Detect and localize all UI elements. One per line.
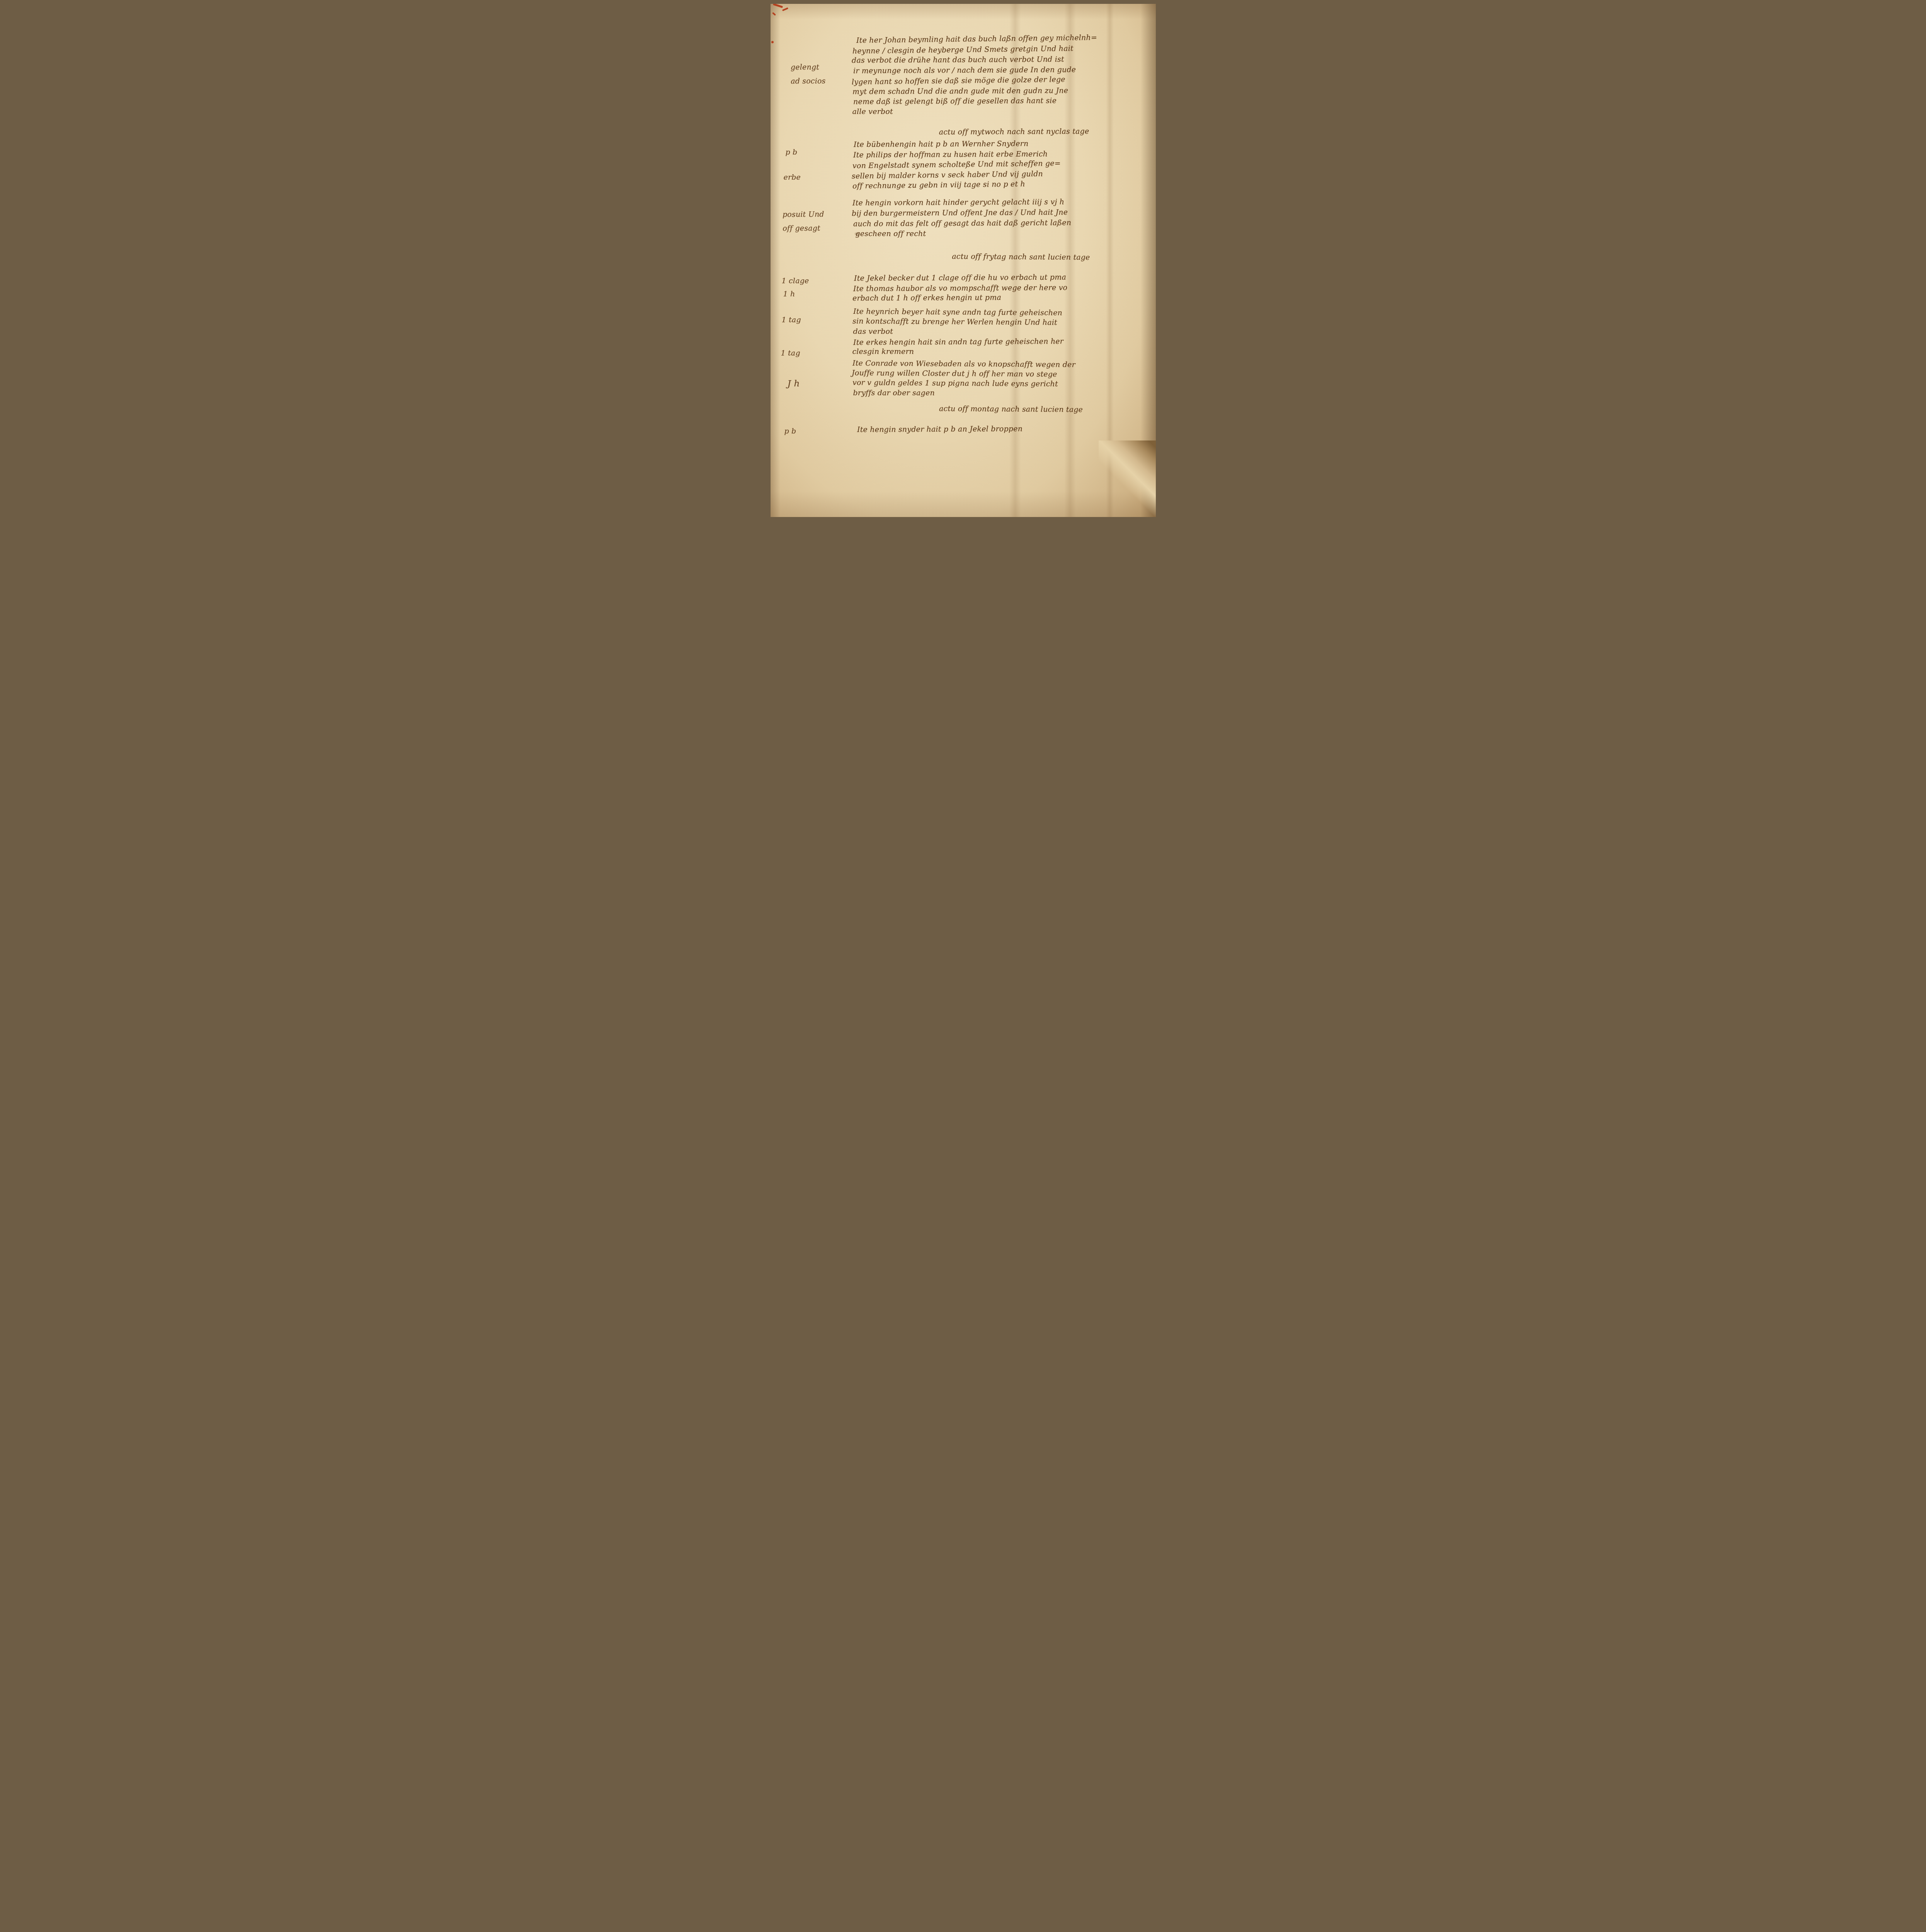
manuscript-line: neme daß ist gelengt biß off die geselle… [853, 97, 1056, 106]
section-heading-actum-mytwoch: actu off mytwoch nach sant nyclas tage [913, 128, 1114, 136]
manuscript-line: vor v guldn geldes 1 sup pigna nach lude… [852, 379, 1058, 388]
manuscript-line: Ite bübenhengin hait p b an Wernher Snyd… [853, 140, 1028, 148]
manuscript-line: bryffs dar ober sagen [853, 389, 935, 397]
manuscript-line: Ite hengin snyder hait p b an Jekel brop… [857, 425, 1022, 434]
manuscript-line: Ite heynrich beyer hait syne andn tag fu… [853, 308, 1062, 317]
manuscript-line: off rechnunge zu gebn in viij tage si no… [852, 180, 1025, 190]
margin-note-posuit-und-off-gesagt: posuit Und off gesagt [782, 207, 824, 236]
red-ink-mark [772, 12, 776, 15]
manuscript-line: heynne / clesgin de heyberge Und Smets g… [852, 45, 1073, 55]
manuscript-line: von Engelstadt synem scholteße Und mit s… [852, 160, 1060, 170]
margin-note-j-h: J h [788, 376, 800, 393]
margin-note-erbe: erbe [784, 170, 801, 184]
manuscript-line: auch do mit das felt off gesagt das hait… [853, 219, 1071, 228]
margin-note-1-tag: 1 tag [782, 313, 801, 327]
manuscript-line: Ite her Johan beymling hait das buch laß… [856, 34, 1097, 44]
manuscript-line: das verbot die drühe hant das buch auch … [851, 56, 1064, 65]
manuscript-line: bij den burgermeistern Und offent Jne da… [851, 209, 1067, 218]
red-ink-dot [771, 41, 774, 43]
stage: gelengt ad socios p b erbe posuit Und of… [0, 0, 1926, 521]
manuscript-line: Ite hengin vorkorn hait hinder gerycht g… [852, 199, 1064, 207]
manuscript-line: ir meynunge noch als vor / nach dem sie … [853, 66, 1075, 75]
manuscript-line: myt dem schadn Und die andn gude mit den… [852, 87, 1068, 96]
manuscript-line: das verbot [853, 328, 893, 335]
manuscript-line: Ite philips der hoffman zu husen hait er… [853, 151, 1047, 159]
manuscript-line: sellen bij malder korns v seck haber Und… [851, 170, 1043, 180]
margin-note-1-h: 1 h [783, 287, 795, 301]
section-heading-actum-frytag: actu off frytag nach sant lucien tage [916, 253, 1125, 262]
manuscript-line: erbach dut 1 h off erkes hengin ut pma [852, 294, 1001, 302]
section-heading-actum-montag: actu off montag nach sant lucien tage [914, 405, 1107, 413]
manuscript-line: clesgin kremern [852, 348, 914, 355]
manuscript-line: Ite Conrade von Wiesebaden als vo knopsc… [852, 360, 1075, 369]
margin-note-p-b-2: p b [784, 424, 796, 438]
page-corner-curl [1099, 440, 1156, 517]
margin-note-p-b: p b [786, 145, 798, 159]
manuscript-line: gescheen off recht [856, 230, 926, 238]
manuscript-line: sin kontschafft zu brenge her Werlen hen… [852, 318, 1057, 327]
margin-note-1-tag-2: 1 tag [781, 346, 800, 360]
manuscript-line: lygen hant so hoffen sie daß sie möge di… [851, 76, 1065, 86]
red-ink-mark [782, 7, 788, 11]
manuscript-page: gelengt ad socios p b erbe posuit Und of… [771, 4, 1156, 517]
manuscript-line: alle verbot [852, 108, 893, 116]
manuscript-line: Ite Jekel becker dut 1 clage off die hu … [854, 274, 1066, 282]
margin-note-gelengt-ad-socios: gelengt ad socios [790, 60, 825, 88]
manuscript-line: Jouffe rung willen Closter dut j h off h… [851, 369, 1057, 378]
manuscript-line: Ite erkes hengin hait sin andn tag furte… [853, 338, 1063, 347]
red-ink-mark [772, 4, 783, 8]
manuscript-line: Ite thomas haubor als vo mompschafft weg… [853, 284, 1067, 293]
margin-note-1-clage: 1 clage [782, 274, 809, 288]
